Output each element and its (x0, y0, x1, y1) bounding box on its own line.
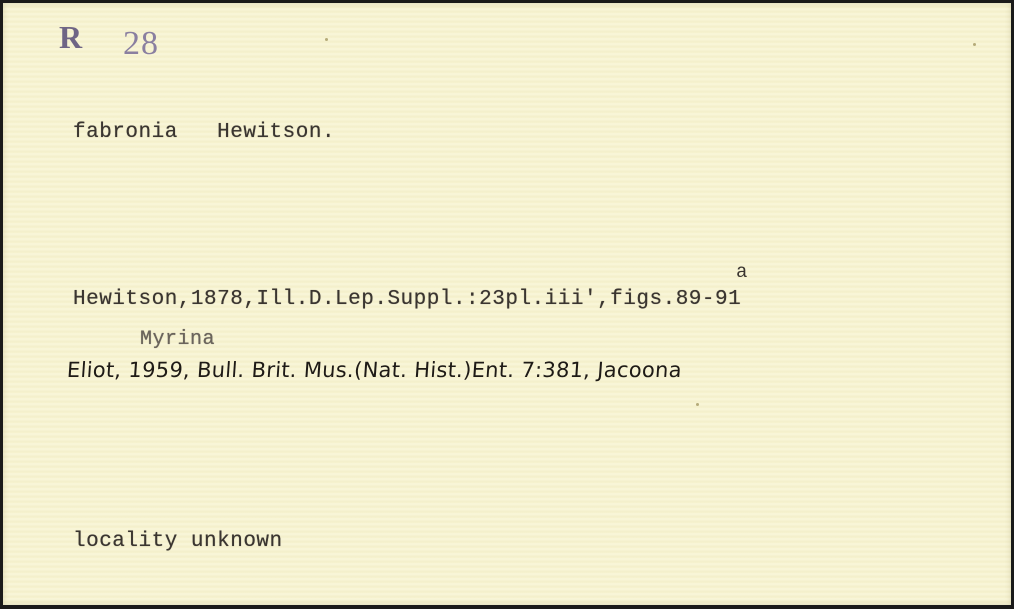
paper-speck (973, 43, 976, 46)
locality-line: locality unknown (73, 530, 283, 553)
paper-speck (696, 403, 699, 406)
genus-annotation: Myrina (140, 328, 215, 351)
index-card: R 28 fabronia Hewitson. a Hewitson,1878,… (3, 3, 1011, 605)
paper-speck (325, 38, 328, 41)
handwritten-reference: Eliot, 1959, Bull. Brit. Mus.(Nat. Hist.… (66, 358, 683, 382)
species-name-line: fabronia Hewitson. (73, 121, 335, 144)
stamp-letter: R (59, 19, 82, 56)
stamp-number: 28 (123, 25, 159, 63)
reference-superscript: a (736, 261, 747, 283)
original-reference-line: Hewitson,1878,Ill.D.Lep.Suppl.:23pl.iii'… (73, 288, 741, 311)
